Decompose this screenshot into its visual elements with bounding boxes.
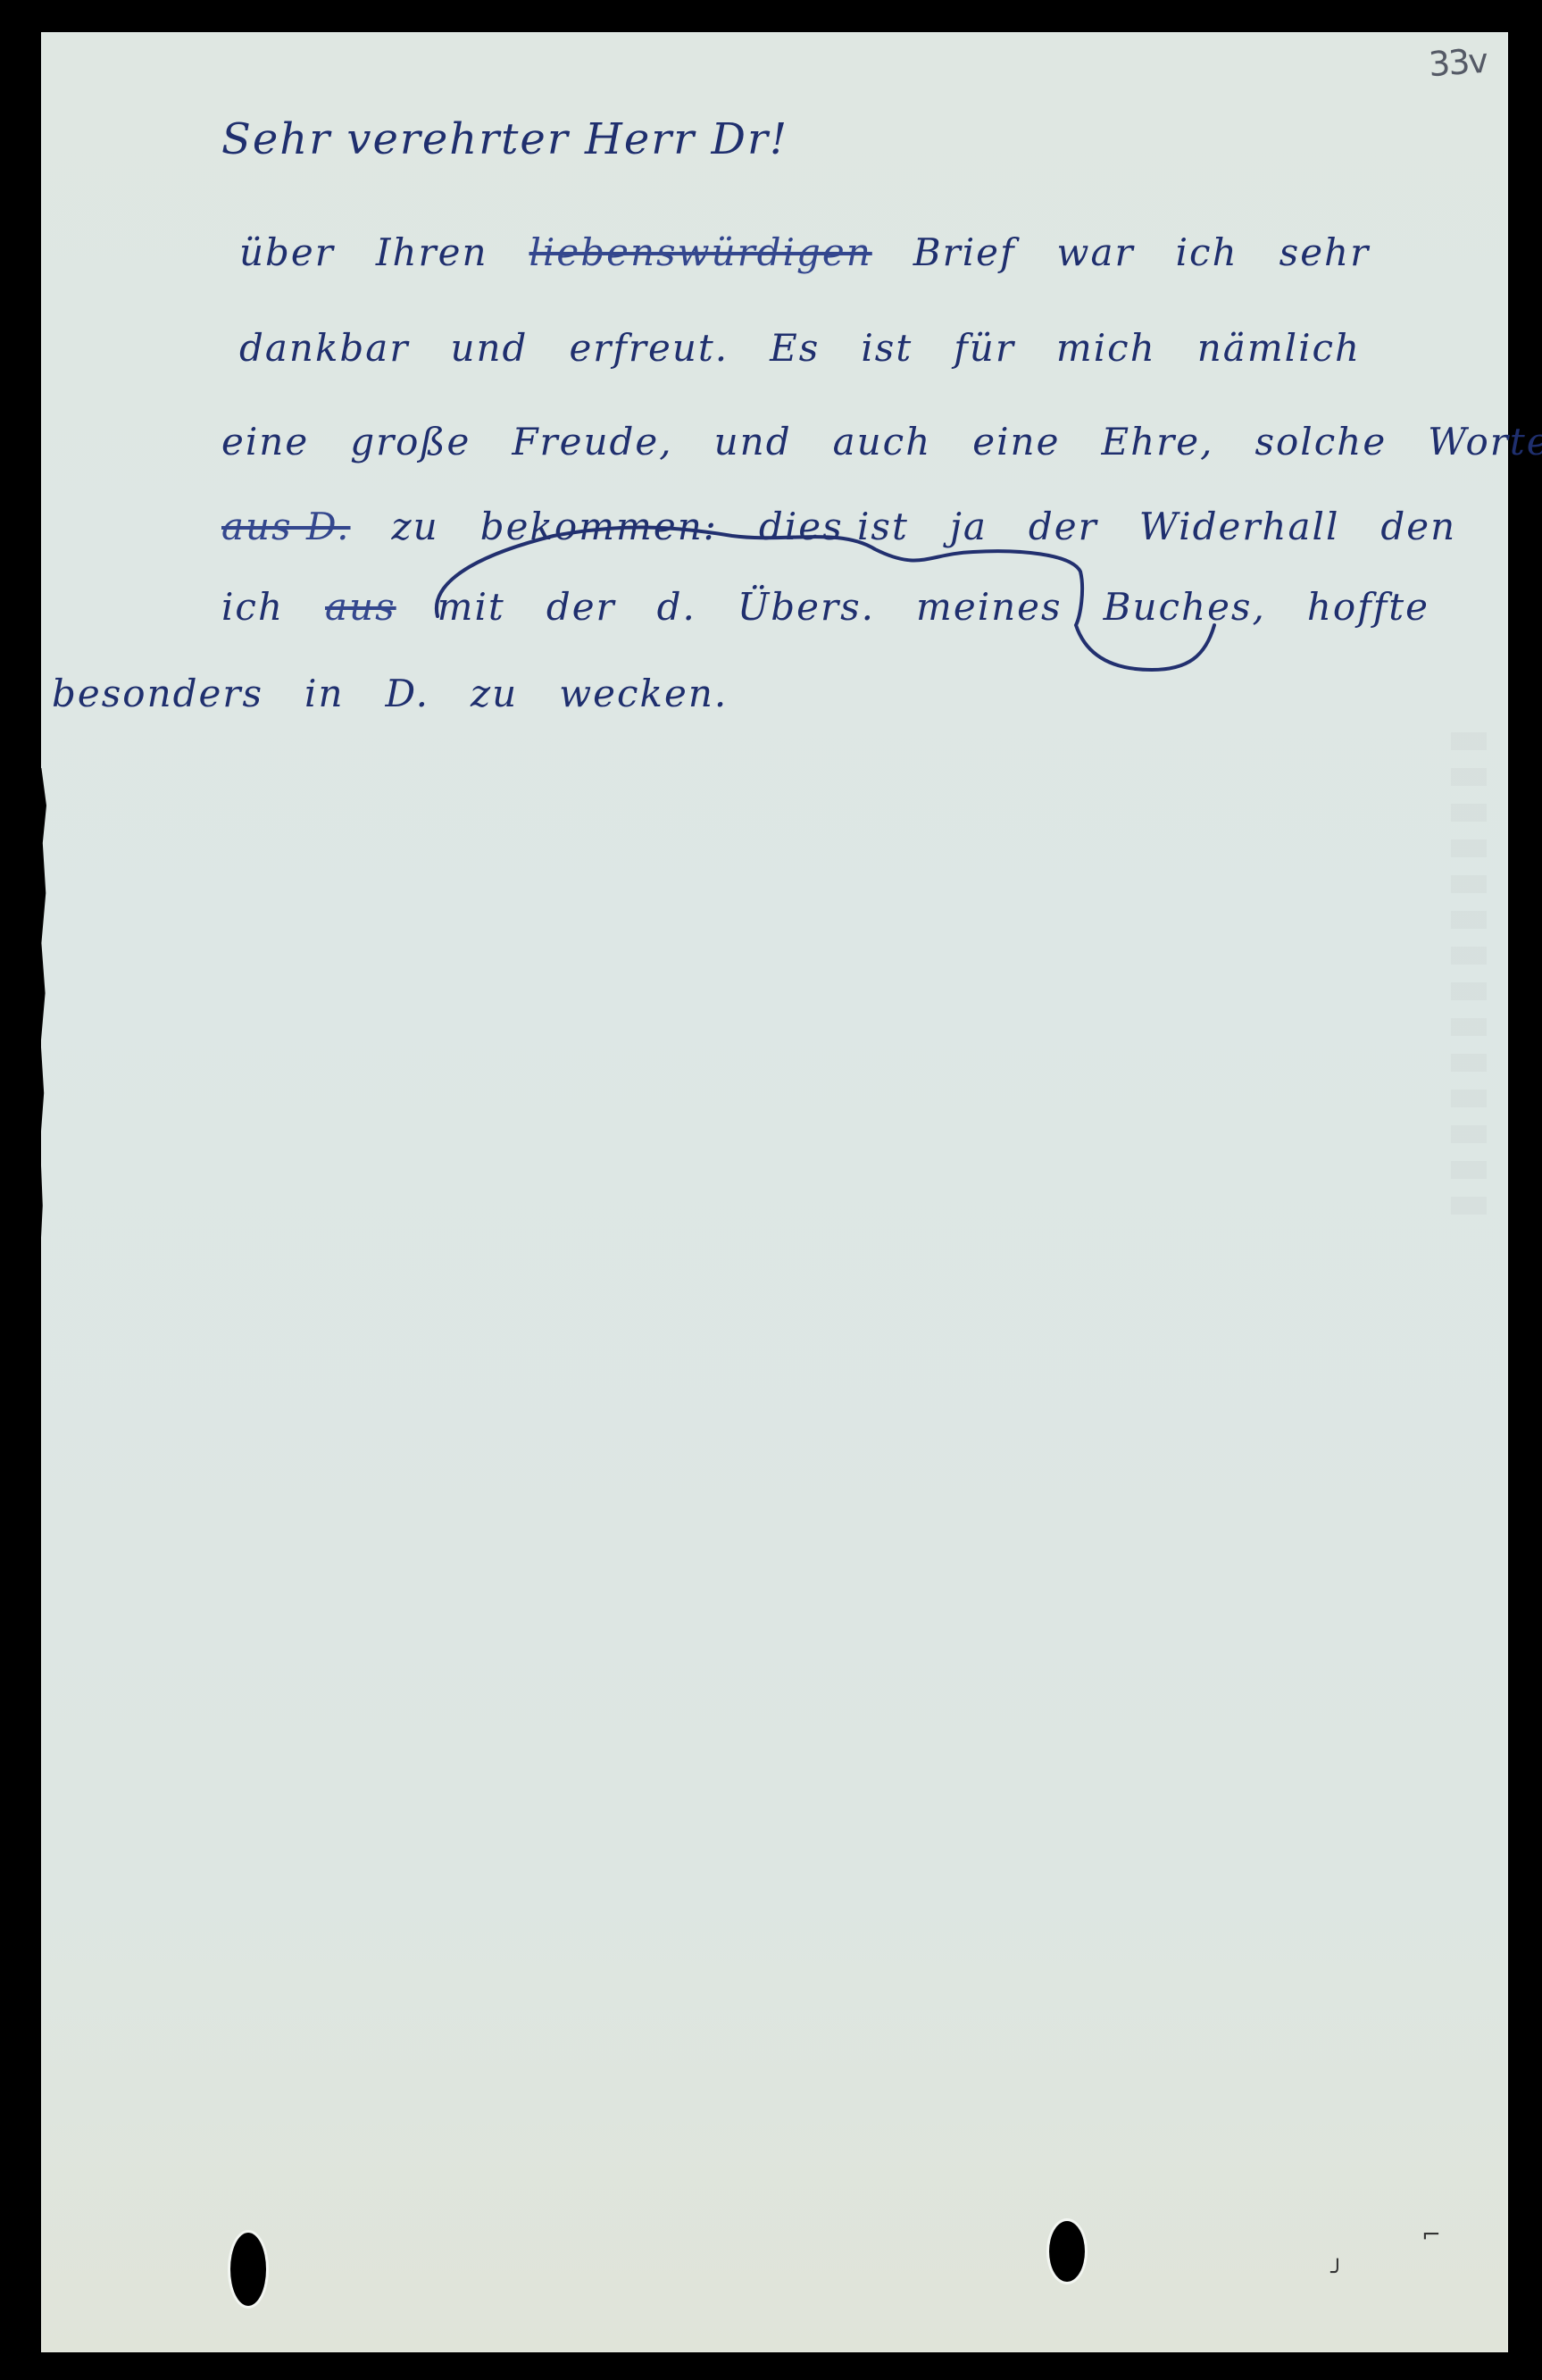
- word: auch: [833, 420, 932, 463]
- word: Widerhall: [1139, 505, 1340, 548]
- word: meines: [916, 585, 1063, 629]
- word: und: [714, 420, 792, 463]
- word: ja: [950, 505, 988, 548]
- word: über: [239, 230, 335, 274]
- word: Ehre,: [1101, 420, 1213, 463]
- word: dies ist: [759, 505, 909, 548]
- letter-line: besondersinD.zuwecken.: [52, 672, 769, 715]
- letter-page: [41, 32, 1508, 2352]
- word: und: [450, 326, 528, 370]
- word: zu: [471, 672, 518, 715]
- punch-hole: [1049, 2221, 1085, 2282]
- word: Freude,: [512, 420, 672, 463]
- word: mit: [438, 585, 505, 629]
- word: bekommen:: [480, 505, 718, 548]
- word: solche: [1254, 420, 1387, 463]
- paper-tear-mark: ⌐: [1421, 2222, 1441, 2249]
- word: Übers.: [738, 585, 875, 629]
- word: wecken.: [559, 672, 728, 715]
- struck-word: aus D.: [221, 505, 351, 548]
- word: Worte: [1428, 420, 1542, 463]
- struck-word: aus: [325, 585, 396, 629]
- word: eine: [221, 420, 309, 463]
- letter-line: einegroßeFreude,undaucheineEhre,solcheWo…: [221, 420, 1542, 463]
- word: Buches,: [1104, 585, 1266, 629]
- word: sehr: [1279, 230, 1371, 274]
- word: mich: [1056, 326, 1156, 370]
- word: Ihren: [376, 230, 488, 274]
- word: d.: [657, 585, 696, 629]
- paper-tear-mark: ╯: [1330, 2259, 1345, 2286]
- letter-line: dankbarunderfreut.Esistfürmichnämlich: [239, 326, 1402, 370]
- word: ist: [861, 326, 913, 370]
- word: ich: [1176, 230, 1238, 274]
- word: in: [304, 672, 344, 715]
- word: hoffte: [1307, 585, 1429, 629]
- word: für: [954, 326, 1015, 370]
- word: Brief: [913, 230, 1016, 274]
- word: besonders: [52, 672, 263, 715]
- word: große: [350, 420, 471, 463]
- word: erfreut.: [569, 326, 729, 370]
- word: war: [1057, 230, 1135, 274]
- word: D.: [386, 672, 430, 715]
- word: zu: [392, 505, 439, 548]
- word: eine: [972, 420, 1060, 463]
- word: nämlich: [1197, 326, 1361, 370]
- letter-line: aus D.zubekommen:dies istjaderWiderhalld…: [221, 505, 1497, 548]
- word: den: [1380, 505, 1456, 548]
- struck-word: liebenswürdigen: [529, 230, 872, 274]
- word: Es: [770, 326, 820, 370]
- salutation: Sehr verehrter Herr Dr!: [221, 114, 788, 164]
- word: der: [1029, 505, 1098, 548]
- bleed-through-text: [1451, 732, 1487, 1232]
- letter-line: ichausmitderd.Übers.meinesBuches,hoffte: [221, 585, 1471, 629]
- word: ich: [221, 585, 284, 629]
- letter-line: überIhrenliebenswürdigenBriefwarichsehr: [239, 230, 1411, 274]
- word: der: [546, 585, 616, 629]
- punch-hole: [230, 2233, 266, 2306]
- folio-number: 33v: [1428, 41, 1488, 84]
- word: dankbar: [239, 326, 409, 370]
